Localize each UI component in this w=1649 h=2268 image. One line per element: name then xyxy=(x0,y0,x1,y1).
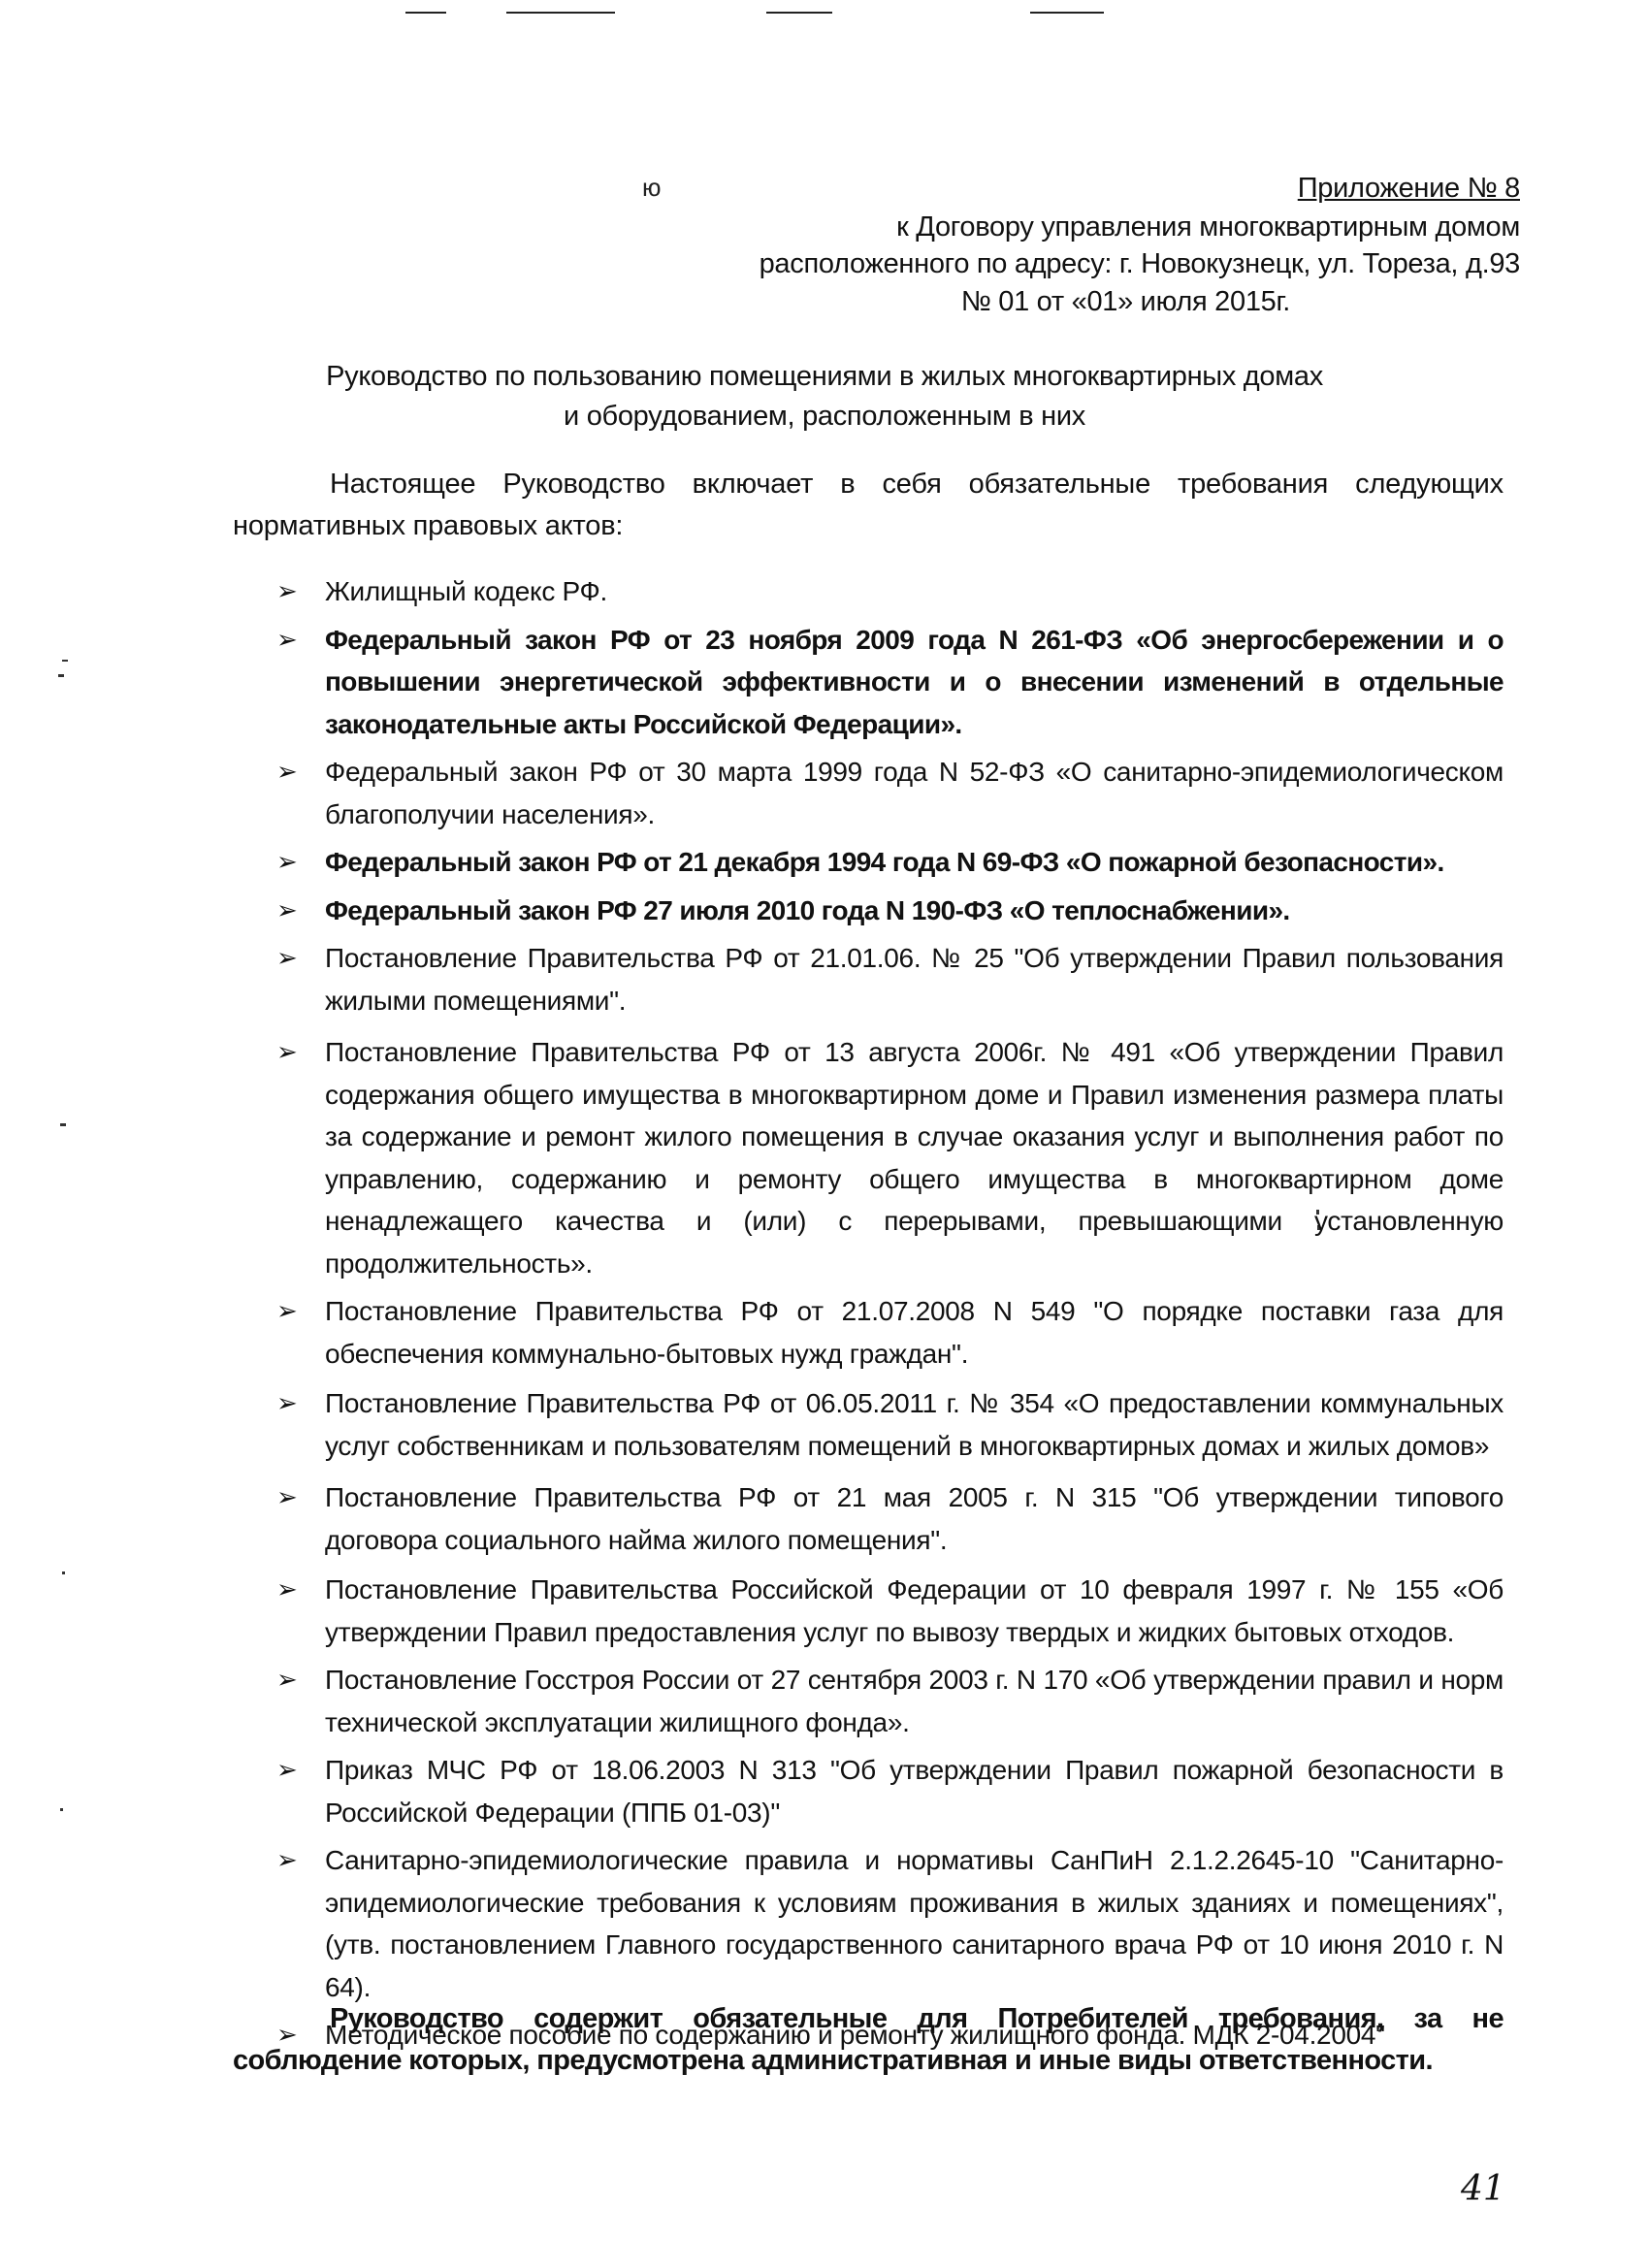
arrowhead-bullet-icon: ➢ xyxy=(276,937,298,980)
scan-artifact-dot xyxy=(60,1123,66,1126)
legal-act-item: ➢Постановление Правительства Российской … xyxy=(276,1569,1503,1653)
scan-artifact-line xyxy=(405,12,446,14)
legal-act-item: ➢Санитарно-эпидемиологические правила и … xyxy=(276,1839,1503,2008)
title-line-2: и оборудованием, расположенным в них xyxy=(0,397,1649,437)
appendix-number: Приложение № 8 xyxy=(1298,170,1520,207)
legal-act-item: ➢Постановление Правительства РФ от 21.01… xyxy=(276,937,1503,1021)
legal-act-item: ➢Постановление Правительства РФ от 13 ав… xyxy=(276,1031,1503,1284)
arrowhead-bullet-icon: ➢ xyxy=(276,1476,298,1519)
legal-act-item: ➢Федеральный закон РФ от 21 декабря 1994… xyxy=(276,841,1503,884)
legal-act-text: Постановление Правительства РФ от 21.01.… xyxy=(325,943,1503,1016)
legal-act-item: ➢Приказ МЧС РФ от 18.06.2003 N 313 "Об у… xyxy=(276,1749,1503,1833)
arrowhead-bullet-icon: ➢ xyxy=(276,751,298,794)
arrowhead-bullet-icon: ➢ xyxy=(276,619,297,662)
liability-note: Руководство содержит обязательные для По… xyxy=(233,1998,1503,2082)
legal-act-item: ➢Постановление Правительства РФ от 21 ма… xyxy=(276,1476,1503,1561)
intro-paragraph: Настоящее Руководство включает в себя об… xyxy=(233,464,1503,547)
arrowhead-bullet-icon: ➢ xyxy=(276,1569,298,1611)
address-line: расположенного по адресу: г. Новокузнецк… xyxy=(760,245,1520,282)
legal-act-text: Федеральный закон РФ от 23 ноября 2009 г… xyxy=(325,625,1503,739)
scan-artifact-dot xyxy=(62,1571,65,1574)
legal-act-text: Жилищный кодекс РФ. xyxy=(325,576,607,606)
legal-act-text: Постановление Правительства Российской Ф… xyxy=(325,1574,1503,1647)
legal-act-text: Федеральный закон РФ от 21 декабря 1994 … xyxy=(325,847,1444,877)
arrowhead-bullet-icon: ➢ xyxy=(276,841,297,884)
arrowhead-bullet-icon: ➢ xyxy=(276,890,297,932)
scan-artifact-dot xyxy=(60,1808,63,1811)
scan-artifact-dot xyxy=(62,660,68,662)
appendix-label: Приложение № 8 xyxy=(1298,173,1520,204)
legal-act-item: ➢Постановление Госстроя России от 27 сен… xyxy=(276,1659,1503,1743)
legal-act-item: ➢Федеральный закон РФ от 30 марта 1999 г… xyxy=(276,751,1503,835)
liability-note-text: Руководство содержит обязательные для По… xyxy=(233,2003,1503,2076)
legal-act-text: Федеральный закон РФ 27 июля 2010 года N… xyxy=(325,895,1290,925)
arrowhead-bullet-icon: ➢ xyxy=(276,1839,298,1882)
legal-act-text: Постановление Правительства РФ от 06.05.… xyxy=(325,1388,1503,1461)
legal-act-item: ➢Постановление Правительства РФ от 06.05… xyxy=(276,1382,1503,1467)
document-title: Руководство по пользованию помещениями в… xyxy=(0,357,1649,437)
legal-acts-list: ➢Жилищный кодекс РФ.➢Федеральный закон Р… xyxy=(276,570,1503,2057)
legal-act-text: Санитарно-эпидемиологические правила и н… xyxy=(325,1845,1503,2002)
arrowhead-bullet-icon: ➢ xyxy=(276,1749,298,1792)
scan-artifact-line xyxy=(506,12,615,14)
legal-act-item: ➢Федеральный закон РФ от 23 ноября 2009 … xyxy=(276,619,1503,746)
arrowhead-bullet-icon: ➢ xyxy=(276,1290,298,1333)
legal-act-item: ➢Постановление Правительства РФ от 21.07… xyxy=(276,1290,1503,1375)
arrowhead-bullet-icon: ➢ xyxy=(276,1659,298,1701)
legal-act-text: Постановление Правительства РФ от 21 мая… xyxy=(325,1482,1503,1555)
title-line-1: Руководство по пользованию помещениями в… xyxy=(0,357,1649,397)
contract-ref: к Договору управления многоквартирным до… xyxy=(896,209,1520,245)
legal-act-text: Постановление Правительства РФ от 13 авг… xyxy=(325,1037,1503,1279)
scan-artifact-line xyxy=(766,12,832,14)
legal-act-item: ➢Жилищный кодекс РФ. xyxy=(276,570,1503,613)
legal-act-text: Постановление Правительства РФ от 21.07.… xyxy=(325,1296,1503,1369)
stray-mark: ю xyxy=(642,173,662,203)
legal-act-item: ➢Федеральный закон РФ 27 июля 2010 года … xyxy=(276,890,1503,932)
legal-act-text: Федеральный закон РФ от 30 марта 1999 го… xyxy=(325,757,1503,829)
contract-number-date: № 01 от «01» июля 2015г. xyxy=(961,283,1290,320)
intro-text: Настоящее Руководство включает в себя об… xyxy=(233,469,1503,541)
arrowhead-bullet-icon: ➢ xyxy=(276,1031,298,1074)
handwritten-page-number: 41 xyxy=(1461,2169,1505,2209)
legal-act-text: Приказ МЧС РФ от 18.06.2003 N 313 "Об ут… xyxy=(325,1755,1503,1828)
scan-artifact-line xyxy=(1030,12,1104,14)
arrowhead-bullet-icon: ➢ xyxy=(276,570,298,613)
arrowhead-bullet-icon: ➢ xyxy=(276,1382,298,1425)
legal-act-text: Постановление Госстроя России от 27 сент… xyxy=(325,1665,1503,1737)
scan-artifact-dot xyxy=(58,674,64,677)
